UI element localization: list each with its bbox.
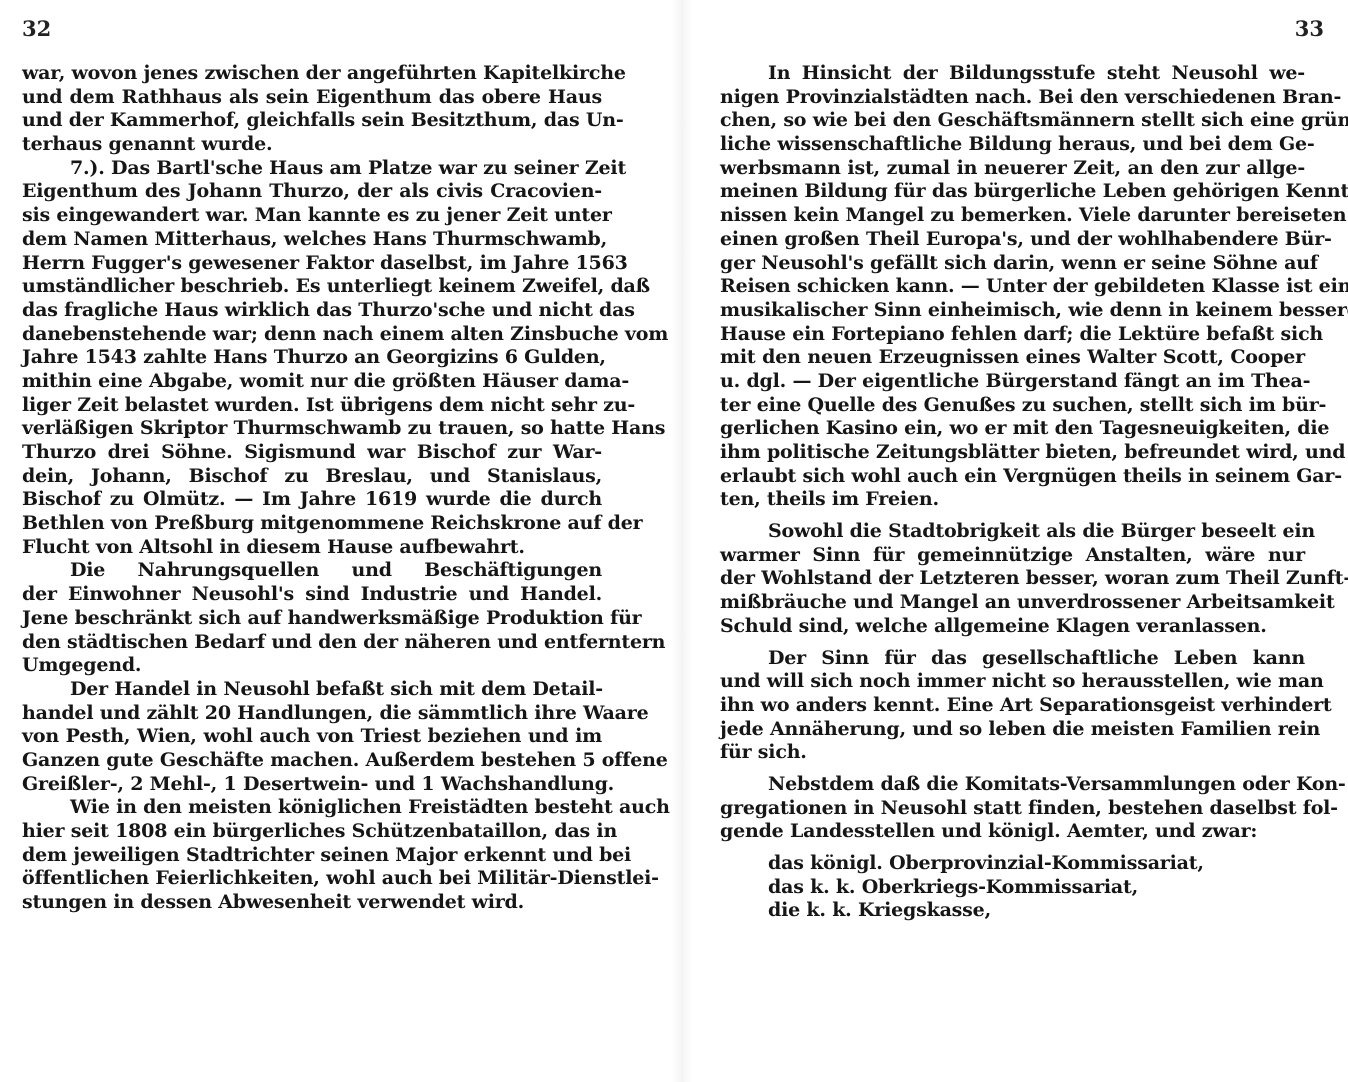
text-line: und will sich noch immer nicht so heraus… <box>720 670 1305 694</box>
page-number: 33 <box>1295 16 1324 41</box>
page-body-text: war, wovon jenes zwischen der angeführte… <box>22 62 602 915</box>
list-item: die k. k. Kriegskasse, <box>720 899 1305 923</box>
text-line: Jene beschränkt sich auf handwerksmäßige… <box>22 607 602 631</box>
text-line: den städtischen Bedarf und den der näher… <box>22 631 602 655</box>
text-line: sis eingewandert war. Man kannte es zu j… <box>22 204 602 228</box>
text-line: danebenstehende war; denn nach einem alt… <box>22 323 602 347</box>
text-line: für sich. <box>720 741 1305 765</box>
text-line: Nebstdem daß die Komitats-Versammlungen … <box>720 773 1305 797</box>
text-line: Umgegend. <box>22 654 602 678</box>
text-line: u. dgl. — Der eigentliche Bürgerstand fä… <box>720 370 1305 394</box>
text-line: hier seit 1808 ein bürgerliches Schützen… <box>22 820 602 844</box>
text-line: Hause ein Fortepiano fehlen darf; die Le… <box>720 323 1305 347</box>
text-line: chen, so wie bei den Geschäftsmännern st… <box>720 109 1305 133</box>
text-line: mit den neuen Erzeugnissen eines Walter … <box>720 346 1305 370</box>
text-line: ten, theils im Freien. <box>720 488 1305 512</box>
text-line: ger Neusohl's gefällt sich darin, wenn e… <box>720 252 1305 276</box>
text-line: liger Zeit belastet wurden. Ist übrigens… <box>22 394 602 418</box>
text-line: Bethlen von Preßburg mitgenommene Reichs… <box>22 512 602 536</box>
text-line: mißbräuche und Mangel an unverdrossener … <box>720 591 1305 615</box>
text-line: werbsmann ist, zumal in neuerer Zeit, an… <box>720 157 1305 181</box>
text-line: gende Landesstellen und königl. Aemter, … <box>720 820 1305 844</box>
text-line: nissen kein Mangel zu bemerken. Viele da… <box>720 204 1305 228</box>
text-line: von Pesth, Wien, wohl auch von Triest be… <box>22 725 602 749</box>
text-line: mithin eine Abgabe, womit nur die größte… <box>22 370 602 394</box>
text-line: nigen Provinzialstädten nach. Bei den ve… <box>720 86 1305 110</box>
text-line: erlaubt sich wohl auch ein Vergnügen the… <box>720 465 1305 489</box>
text-line: Schuld sind, welche allgemeine Klagen ve… <box>720 615 1305 639</box>
right-page: 33 In Hinsicht der Bildungsstufe steht N… <box>680 0 1348 1082</box>
text-line: umständlicher beschrieb. Es unterliegt k… <box>22 275 602 299</box>
text-line: liche wissenschaftliche Bildung heraus, … <box>720 133 1305 157</box>
text-line: ter eine Quelle des Genußes zu suchen, s… <box>720 394 1305 418</box>
text-line: Greißler-, 2 Mehl-, 1 Desertwein- und 1 … <box>22 773 602 797</box>
text-line: ihm politische Zeitungsblätter bieten, b… <box>720 441 1305 465</box>
text-line: terhaus genannt wurde. <box>22 133 602 157</box>
page-number: 32 <box>22 16 51 41</box>
text-line: Wie in den meisten königlichen Freistädt… <box>22 796 602 820</box>
paragraph-gap <box>720 512 1305 520</box>
text-line: verläßigen Skriptor Thurmschwamb zu trau… <box>22 417 602 441</box>
text-line: Eigenthum des Johann Thurzo, der als civ… <box>22 180 602 204</box>
text-line: ihn wo anders kennt. Eine Art Separation… <box>720 694 1305 718</box>
text-line: gerlichen Kasino ein, wo er mit den Tage… <box>720 417 1305 441</box>
text-line: Ganzen gute Geschäfte machen. Außerdem b… <box>22 749 602 773</box>
text-line: In Hinsicht der Bildungsstufe steht Neus… <box>720 62 1305 86</box>
text-line: Bischof zu Olmütz. — Im Jahre 1619 wurde… <box>22 488 602 512</box>
text-line: das fragliche Haus wirklich das Thurzo's… <box>22 299 602 323</box>
text-line: und dem Rathhaus als sein Eigenthum das … <box>22 86 602 110</box>
text-line: warmer Sinn für gemeinnützige Anstalten,… <box>720 544 1305 568</box>
text-line: Herrn Fugger's gewesener Faktor daselbst… <box>22 252 602 276</box>
text-line: dem Namen Mitterhaus, welches Hans Thurm… <box>22 228 602 252</box>
text-line: Flucht von Altsohl in diesem Hause aufbe… <box>22 536 602 560</box>
text-line: stungen in dessen Abwesenheit verwendet … <box>22 891 602 915</box>
list-item: das königl. Oberprovinzial-Kommissariat, <box>720 852 1305 876</box>
text-line: meinen Bildung für das bürgerliche Leben… <box>720 180 1305 204</box>
text-line: dein, Johann, Bischof zu Breslau, und St… <box>22 465 602 489</box>
text-line: der Wohlstand der Letzteren besser, wora… <box>720 567 1305 591</box>
page-body-text: In Hinsicht der Bildungsstufe steht Neus… <box>720 62 1305 923</box>
text-line: der Einwohner Neusohl's sind Industrie u… <box>22 583 602 607</box>
text-line: Die Nahrungsquellen und Beschäftigungen <box>22 559 602 583</box>
paragraph-gap <box>720 844 1305 852</box>
text-line: Der Sinn für das gesellschaftliche Leben… <box>720 647 1305 671</box>
text-line: Der Handel in Neusohl befaßt sich mit de… <box>22 678 602 702</box>
left-page: 32 war, wovon jenes zwischen der angefüh… <box>0 0 680 1082</box>
list-item: das k. k. Oberkriegs-Kommissariat, <box>720 876 1305 900</box>
text-line: 7.). Das Bartl'sche Haus am Platze war z… <box>22 157 602 181</box>
text-line: und der Kammerhof, gleichfalls sein Besi… <box>22 109 602 133</box>
text-line: dem jeweiligen Stadtrichter seinen Major… <box>22 844 602 868</box>
text-line: Reisen schicken kann. — Unter der gebild… <box>720 275 1305 299</box>
text-line: handel und zählt 20 Handlungen, die sämm… <box>22 702 602 726</box>
paragraph-gap <box>720 639 1305 647</box>
paragraph-gap <box>720 765 1305 773</box>
text-line: gregationen in Neusohl statt finden, bes… <box>720 797 1305 821</box>
text-line: einen großen Theil Europa's, und der woh… <box>720 228 1305 252</box>
text-line: Thurzo drei Söhne. Sigismund war Bischof… <box>22 441 602 465</box>
text-line: war, wovon jenes zwischen der angeführte… <box>22 62 602 86</box>
text-line: öffentlichen Feierlichkeiten, wohl auch … <box>22 867 602 891</box>
text-line: musikalischer Sinn einheimisch, wie denn… <box>720 299 1305 323</box>
text-line: Sowohl die Stadtobrigkeit als die Bürger… <box>720 520 1305 544</box>
text-line: jede Annäherung, und so leben die meiste… <box>720 718 1305 742</box>
text-line: Jahre 1543 zahlte Hans Thurzo an Georgiz… <box>22 346 602 370</box>
